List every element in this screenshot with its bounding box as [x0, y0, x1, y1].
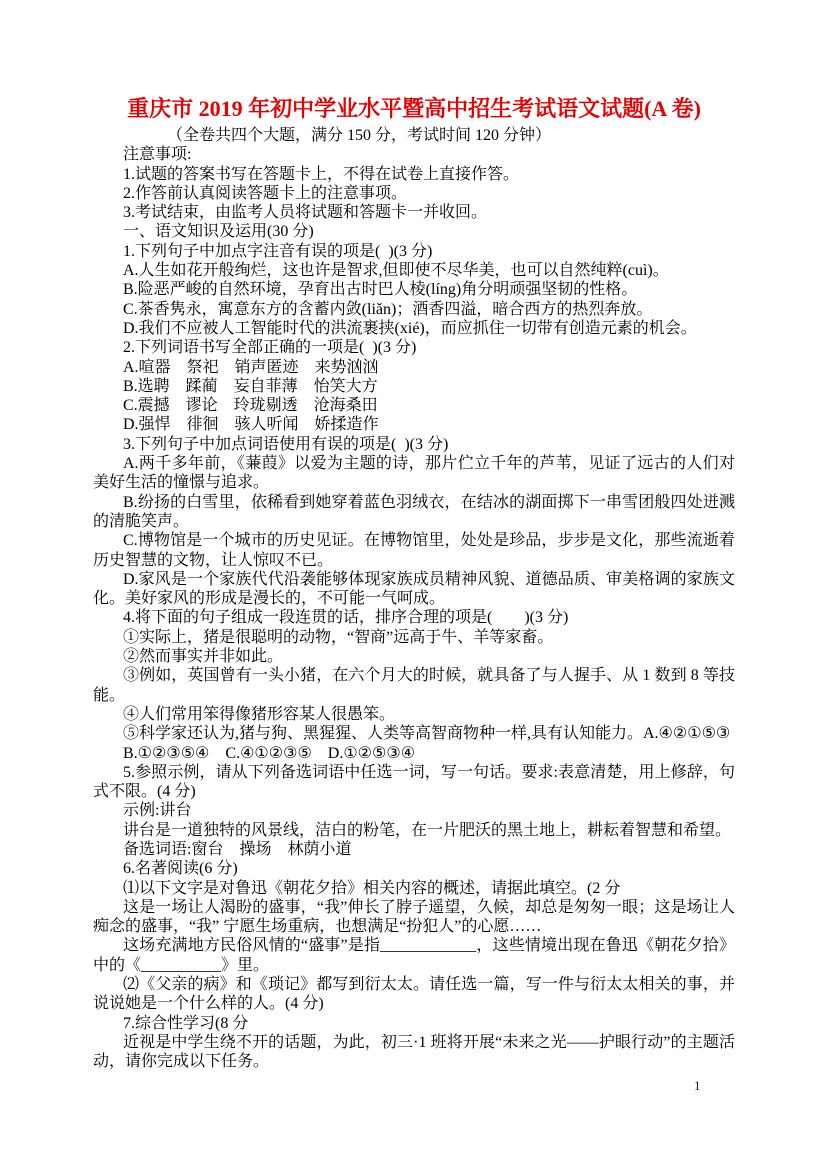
- paragraph: 讲台是一道独特的风景线，洁白的粉笔，在一片肥沃的黑土地上，耕耘着智慧和希望。: [93, 821, 735, 840]
- paragraph: A.人生如花开般绚烂，这也许是智求,但即使不尽华美，也可以自然纯粹(cuì)。: [93, 261, 735, 280]
- paragraph: ⑴以下文字是对鲁迅《朝花夕拾》相关内容的概述，请据此填空。(2 分: [93, 879, 735, 898]
- paragraph: 6.名著阅读(6 分): [93, 859, 735, 878]
- document-content: 重庆市 2019 年初中学业水平暨高中招生考试语文试题(A 卷) （全卷共四个大…: [93, 94, 735, 1072]
- paragraph: 一、语文知识及运用(30 分): [93, 222, 735, 241]
- paragraph: A.喧器 祭祀 销声匿迹 来势汹汹: [93, 358, 735, 377]
- paragraph: B.险恶严峻的自然环境，孕育出古时巴人棱(líng)角分明顽强坚韧的性格。: [93, 280, 735, 299]
- page-number: 1: [694, 1078, 701, 1094]
- paragraph: C.博物馆是一个城市的历史见证。在博物馆里，处处是珍品，步步是文化，那些流逝着历…: [93, 531, 735, 570]
- document-body: （全卷共四个大题，满分 150 分，考试时间 120 分钟）注意事项:1.试题的…: [93, 126, 735, 1072]
- paragraph: 近视是中学生绕不开的话题，为此，初三·1 班将开展“未来之光——护眼行动”的主题…: [93, 1033, 735, 1072]
- paragraph: D.家风是一个家族代代沿袭能够体现家族成员精神风貌、道德品质、审美格调的家族文化…: [93, 570, 735, 609]
- paragraph: 3.下列句子中加点词语使用有误的项是( )(3 分): [93, 435, 735, 454]
- paragraph: ②然而事实并非如此。: [93, 647, 735, 666]
- paragraph: B.纷扬的白雪里，依稀看到她穿着蓝色羽绒衣，在结冰的湖面掷下一串雪团般四处迸溅的…: [93, 493, 735, 532]
- paragraph: C.茶香隽永，寓意东方的含蓄内敛(liǎn)；酒香四溢，暗合西方的热烈奔放。: [93, 300, 735, 319]
- page-title: 重庆市 2019 年初中学业水平暨高中招生考试语文试题(A 卷): [93, 94, 735, 124]
- paragraph: （全卷共四个大题，满分 150 分，考试时间 120 分钟）: [93, 126, 735, 145]
- paragraph: 注意事项:: [93, 145, 735, 164]
- paragraph: 备选词语:窗台 操场 林荫小道: [93, 840, 735, 859]
- paragraph: 1.下列句子中加点字注音有误的项是( )(3 分): [93, 242, 735, 261]
- paragraph: 1.试题的答案书写在答题卡上，不得在试卷上直接作答。: [93, 165, 735, 184]
- paragraph: ③例如，英国曾有一头小猪，在六个月大的时候，就具备了与人握手、从 1 数到 8 …: [93, 666, 735, 705]
- paragraph: C.震撼 谬论 玲珑剔透 沧海桑田: [93, 396, 735, 415]
- paragraph: 7.综合性学习(8 分: [93, 1014, 735, 1033]
- paragraph: 这是一场让人渴盼的盛事，“我”伸长了脖子遥望，久候，却总是匆匆一眼；这是场让人痴…: [93, 898, 735, 937]
- paragraph: 4.将下面的句子组成一段连贯的话，排序合理的项是( )(3 分): [93, 608, 735, 627]
- exam-paper-page: 重庆市 2019 年初中学业水平暨高中招生考试语文试题(A 卷) （全卷共四个大…: [0, 0, 827, 1169]
- paragraph: ①实际上，猪是很聪明的动物，“智商”远高于牛、羊等家畜。: [93, 628, 735, 647]
- paragraph: 2.作答前认真阅读答题卡上的注意事项。: [93, 184, 735, 203]
- paragraph: ⑤科学家还认为,猪与狗、黑猩猩、人类等高智商物种一样,具有认知能力。A.④②①⑤…: [93, 724, 735, 743]
- paragraph: 示例:讲台: [93, 801, 735, 820]
- paragraph: A.两千多年前，《蒹葭》以爱为主题的诗，那片伫立千年的芦苇，见证了远古的人们对美…: [93, 454, 735, 493]
- paragraph: B.①②③⑤④ C.④①②③⑤ D.①②⑤③④: [93, 744, 735, 763]
- paragraph: 这场充满地方民俗风情的“盛事”是指____________，这些情境出现在鲁迅《…: [93, 936, 735, 975]
- paragraph: D.我们不应被人工智能时代的洪流裹挟(xié)，而应抓住一切带有创造元素的机会。: [93, 319, 735, 338]
- paragraph: ④人们常用笨得像猪形容某人很愚笨。: [93, 705, 735, 724]
- paragraph: ⑵《父亲的病》和《琐记》都写到衍太太。请任选一篇，写一件与衍太太相关的事，并说说…: [93, 975, 735, 1014]
- paragraph: D.强悍 徘徊 骇人听闻 娇揉造作: [93, 415, 735, 434]
- paragraph: 5.参照示例，请从下列备选词语中任选一词，写一句话。要求:表意清楚，用上修辞，句…: [93, 763, 735, 802]
- paragraph: B.选聘 蹂蔺 妄自菲薄 怡笑大方: [93, 377, 735, 396]
- paragraph: 3.考试结束，由监考人员将试题和答题卡一并收回。: [93, 203, 735, 222]
- paragraph: 2.下列词语书写全部正确的一项是( )(3 分): [93, 338, 735, 357]
